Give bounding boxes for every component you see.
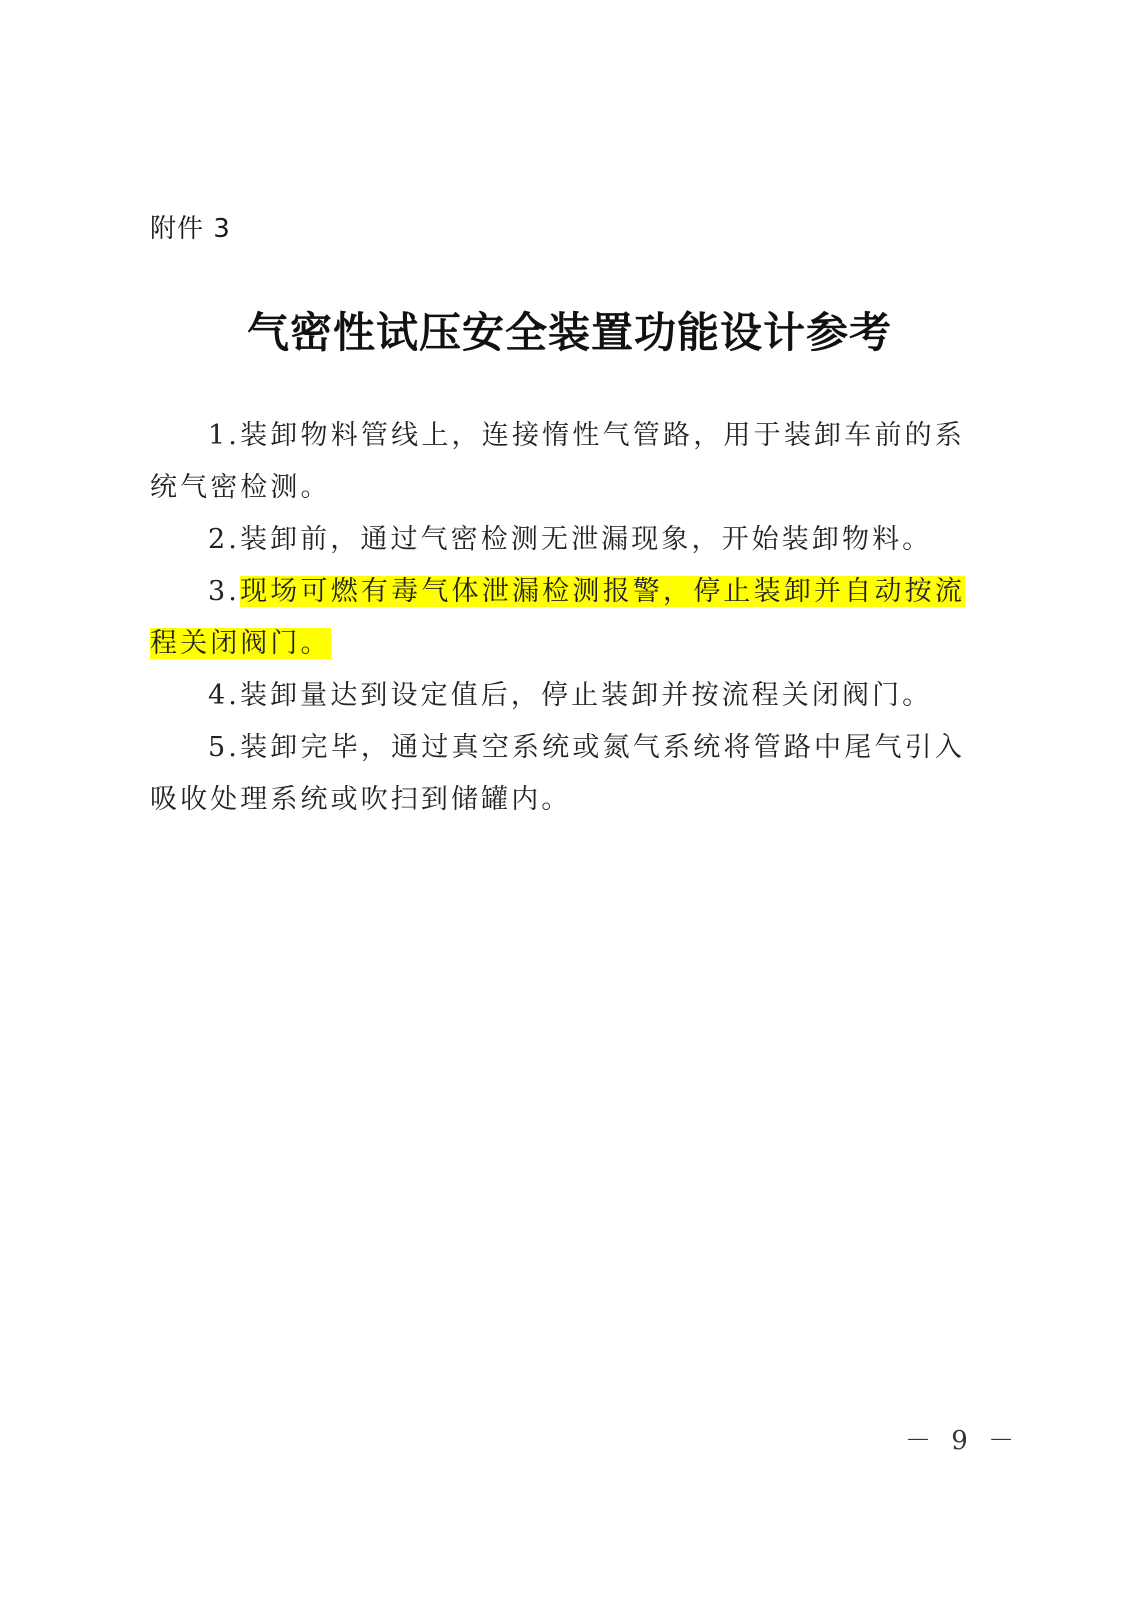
paragraph-text: 装卸前，通过气密检测无泄漏现象，开始装卸物料。: [240, 524, 932, 555]
document-body: 1.装卸物料管线上，连接惰性气管路，用于装卸车前的系统气密检测。 2.装卸前，通…: [150, 410, 965, 826]
paragraph-text: 装卸物料管线上，连接惰性气管路，用于装卸车前的系统气密检测。: [150, 420, 965, 503]
page-number: － 9 －: [905, 1420, 1020, 1457]
paragraph-text: 装卸量达到设定值后，停止装卸并按流程关闭阀门。: [240, 680, 932, 711]
paragraph-number: 4.: [208, 680, 240, 711]
attachment-label: 附件 3: [150, 208, 231, 245]
paragraph-1: 1.装卸物料管线上，连接惰性气管路，用于装卸车前的系统气密检测。: [150, 410, 965, 514]
paragraph-text: 装卸完毕，通过真空系统或氮气系统将管路中尾气引入吸收处理系统或吹扫到储罐内。: [150, 732, 965, 815]
paragraph-number: 5.: [208, 732, 240, 763]
highlighted-text: 现场可燃有毒气体泄漏检测报警，停止装卸并自动按流程关闭阀门。: [150, 576, 965, 659]
paragraph-number: 2.: [208, 524, 240, 555]
paragraph-2: 2.装卸前，通过气密检测无泄漏现象，开始装卸物料。: [150, 514, 965, 566]
paragraph-4: 4.装卸量达到设定值后，停止装卸并按流程关闭阀门。: [150, 670, 965, 722]
paragraph-number: 3.: [208, 576, 240, 607]
paragraph-number: 1.: [208, 420, 240, 451]
paragraph-5: 5.装卸完毕，通过真空系统或氮气系统将管路中尾气引入吸收处理系统或吹扫到储罐内。: [150, 722, 965, 826]
paragraph-3: 3.现场可燃有毒气体泄漏检测报警，停止装卸并自动按流程关闭阀门。: [150, 566, 965, 670]
document-title: 气密性试压安全装置功能设计参考: [0, 300, 1131, 360]
